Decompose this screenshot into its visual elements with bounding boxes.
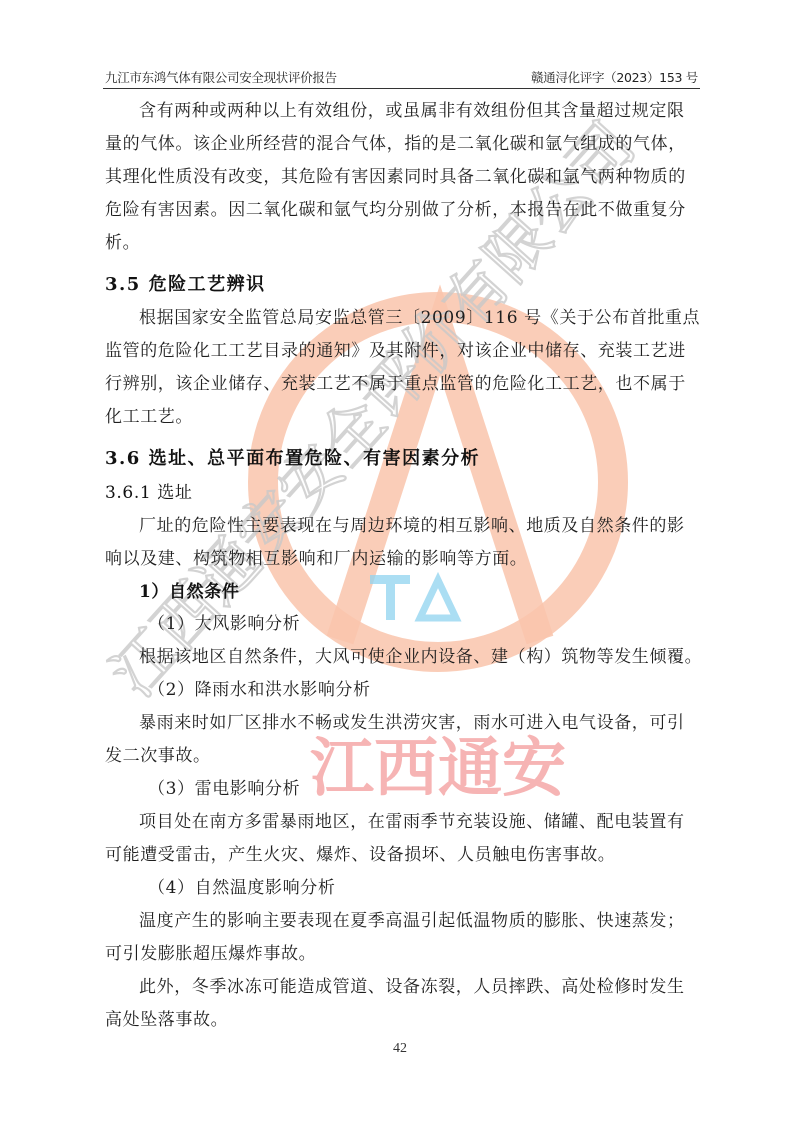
- paragraph-line: 量的气体。该企业所经营的混合气体，指的是二氧化碳和氩气组成的气体，: [105, 132, 725, 156]
- paragraph-line: 监管的危险化工工艺目录的通知》及其附件，对该企业中储存、充装工艺进: [105, 339, 725, 363]
- paragraph-line: 暴雨来时如厂区排水不畅或发生洪涝灾害，雨水可进入电气设备，可引: [139, 711, 759, 735]
- paragraph-line: 含有两种或两种以上有效组份，或虽属非有效组份但其含量超过规定限: [139, 99, 759, 123]
- paragraph-line: 化工工艺。: [105, 405, 725, 429]
- paragraph-line: 其理化性质没有改变，其危险有害因素同时具备二氧化碳和氩气两种物质的: [105, 165, 725, 189]
- paragraph-line: 项目处在南方多雷暴雨地区，在雷雨季节充装设施、储罐、配电装置有: [139, 810, 759, 834]
- section-heading-3-5: 3.5 危险工艺辨识: [105, 273, 725, 297]
- paragraph-line: 此外，冬季冰冻可能造成管道、设备冻裂，人员摔跌、高处检修时发生: [139, 975, 759, 999]
- subsection-heading-3-6-1: 3.6.1 选址: [105, 481, 725, 505]
- item-heading: （1）大风影响分析: [148, 612, 768, 636]
- item-heading: （2）降雨水和洪水影响分析: [148, 678, 768, 702]
- paragraph-line: 厂址的危险性主要表现在与周边环境的相互影响、地质及自然条件的影: [139, 514, 759, 538]
- list-heading-natural-conditions: 1）自然条件: [139, 580, 759, 604]
- paragraph-line: 高处坠落事故。: [105, 1008, 725, 1032]
- paragraph-line: 根据国家安全监管总局安监总管三〔2009〕116 号《关于公布首批重点: [139, 306, 759, 330]
- paragraph-line: 根据该地区自然条件，大风可使企业内设备、建（构）筑物等发生倾覆。: [139, 645, 759, 669]
- page-number: 42: [0, 1041, 800, 1057]
- item-heading: （3）雷电影响分析: [148, 777, 768, 801]
- section-heading-3-6: 3.6 选址、总平面布置危险、有害因素分析: [105, 447, 725, 471]
- paragraph-line: 可能遭受雷击，产生火灾、爆炸、设备损坏、人员触电伤害事故。: [105, 843, 725, 867]
- paragraph-line: 温度产生的影响主要表现在夏季高温引起低温物质的膨胀、快速蒸发；: [139, 909, 759, 933]
- paragraph-line: 可引发膨胀超压爆炸事故。: [105, 942, 725, 966]
- document-page: 九江市东鸿气体有限公司安全现状评价报告 赣通浔化评字（2023）153 号 江西…: [0, 0, 800, 1131]
- item-heading: （4）自然温度影响分析: [148, 876, 768, 900]
- paragraph-line: 响以及建、构筑物相互影响和厂内运输的影响等方面。: [105, 547, 725, 571]
- paragraph-line: 析。: [105, 231, 725, 255]
- document-body: 含有两种或两种以上有效组份，或虽属非有效组份但其含量超过规定限 量的气体。该企业…: [0, 0, 800, 1131]
- paragraph-line: 发二次事故。: [105, 744, 725, 768]
- paragraph-line: 危险有害因素。因二氧化碳和氩气均分别做了分析，本报告在此不做重复分: [105, 198, 725, 222]
- paragraph-line: 行辨别，该企业储存、充装工艺不属于重点监管的危险化工工艺，也不属于: [105, 372, 725, 396]
